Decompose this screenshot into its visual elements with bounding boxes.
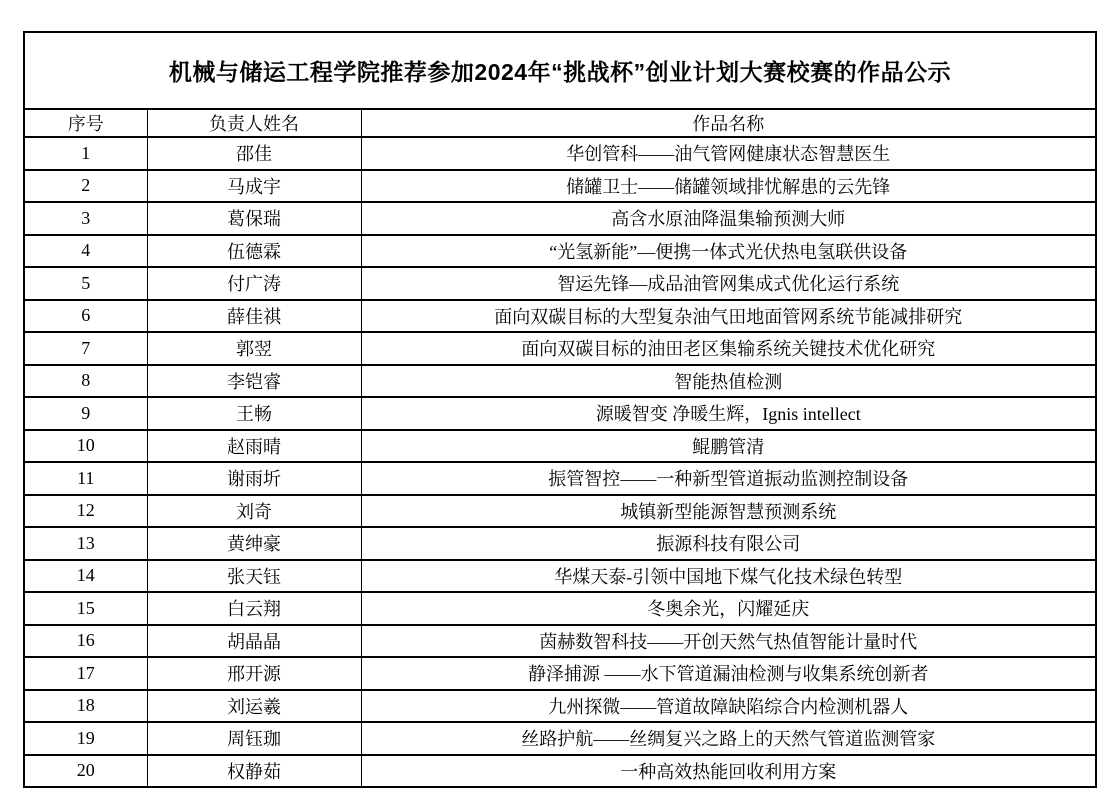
cell-work-title: 振管智控——一种新型管道振动监测控制设备: [361, 462, 1095, 495]
document-title: 机械与储运工程学院推荐参加2024年“挑战杯”创业计划大赛校赛的作品公示: [169, 54, 951, 87]
cell-leader-name: 付广涛: [147, 267, 361, 300]
cell-leader-name: 张天钰: [147, 560, 361, 593]
table-row: 12刘奇城镇新型能源智慧预测系统: [25, 495, 1095, 528]
cell-index: 15: [25, 592, 147, 625]
cell-work-title: 一种高效热能回收利用方案: [361, 755, 1095, 787]
cell-index: 16: [25, 625, 147, 658]
cell-work-title: 茵赫数智科技——开创天然气热值智能计量时代: [361, 625, 1095, 658]
cell-index: 20: [25, 755, 147, 787]
cell-work-title: 丝路护航——丝绸复兴之路上的天然气管道监测管家: [361, 722, 1095, 755]
cell-work-title: 储罐卫士——储罐领域排忧解患的云先锋: [361, 170, 1095, 203]
table-row: 7郭翌面向双碳目标的油田老区集输系统关键技术优化研究: [25, 332, 1095, 365]
cell-leader-name: 薛佳祺: [147, 300, 361, 333]
cell-index: 3: [25, 202, 147, 235]
cell-leader-name: 周钰珈: [147, 722, 361, 755]
cell-index: 5: [25, 267, 147, 300]
table-row: 16胡晶晶茵赫数智科技——开创天然气热值智能计量时代: [25, 625, 1095, 658]
table-row: 17邢开源静泽捕源 ——水下管道漏油检测与收集系统创新者: [25, 657, 1095, 690]
cell-work-title: 冬奥余光，闪耀延庆: [361, 592, 1095, 625]
cell-leader-name: 葛保瑞: [147, 202, 361, 235]
cell-leader-name: 刘奇: [147, 495, 361, 528]
table-row: 2马成宇储罐卫士——储罐领域排忧解患的云先锋: [25, 170, 1095, 203]
cell-work-title: 鲲鹏管清: [361, 430, 1095, 463]
cell-index: 11: [25, 462, 147, 495]
cell-index: 14: [25, 560, 147, 593]
table-row: 19周钰珈丝路护航——丝绸复兴之路上的天然气管道监测管家: [25, 722, 1095, 755]
cell-work-title: 智运先锋—成品油管网集成式优化运行系统: [361, 267, 1095, 300]
header-row: 序号 负责人姓名 作品名称: [25, 109, 1095, 137]
cell-leader-name: 刘运羲: [147, 690, 361, 723]
cell-work-title: 面向双碳目标的大型复杂油气田地面管网系统节能减排研究: [361, 300, 1095, 333]
cell-leader-name: 谢雨圻: [147, 462, 361, 495]
table-row: 14张天钰华煤天泰-引领中国地下煤气化技术绿色转型: [25, 560, 1095, 593]
cell-index: 10: [25, 430, 147, 463]
cell-leader-name: 邢开源: [147, 657, 361, 690]
cell-leader-name: 王畅: [147, 397, 361, 430]
cell-index: 1: [25, 137, 147, 170]
cell-index: 19: [25, 722, 147, 755]
table-row: 8李铠睿智能热值检测: [25, 365, 1095, 398]
works-table-body: 1邵佳华创管科——油气管网健康状态智慧医生2马成宇储罐卫士——储罐领域排忧解患的…: [25, 137, 1095, 786]
cell-work-title: “光氢新能”—便携一体式光伏热电氢联供设备: [361, 235, 1095, 268]
table-row: 15白云翔冬奥余光，闪耀延庆: [25, 592, 1095, 625]
cell-work-title: 华创管科——油气管网健康状态智慧医生: [361, 137, 1095, 170]
cell-work-title: 智能热值检测: [361, 365, 1095, 398]
table-row: 5付广涛智运先锋—成品油管网集成式优化运行系统: [25, 267, 1095, 300]
cell-index: 18: [25, 690, 147, 723]
col-header-leader-name: 负责人姓名: [147, 109, 361, 137]
cell-leader-name: 胡晶晶: [147, 625, 361, 658]
cell-index: 17: [25, 657, 147, 690]
cell-index: 8: [25, 365, 147, 398]
cell-work-title: 振源科技有限公司: [361, 527, 1095, 560]
table-row: 20权静茹一种高效热能回收利用方案: [25, 755, 1095, 787]
cell-leader-name: 赵雨晴: [147, 430, 361, 463]
cell-index: 9: [25, 397, 147, 430]
document-page: 机械与储运工程学院推荐参加2024年“挑战杯”创业计划大赛校赛的作品公示 序号 …: [23, 31, 1097, 788]
cell-work-title: 静泽捕源 ——水下管道漏油检测与收集系统创新者: [361, 657, 1095, 690]
cell-work-title: 九州探微——管道故障缺陷综合内检测机器人: [361, 690, 1095, 723]
table-row: 10赵雨晴鲲鹏管清: [25, 430, 1095, 463]
cell-index: 13: [25, 527, 147, 560]
cell-leader-name: 郭翌: [147, 332, 361, 365]
table-row: 4伍德霖“光氢新能”—便携一体式光伏热电氢联供设备: [25, 235, 1095, 268]
cell-index: 4: [25, 235, 147, 268]
table-row: 3葛保瑞高含水原油降温集输预测大师: [25, 202, 1095, 235]
cell-index: 6: [25, 300, 147, 333]
cell-index: 2: [25, 170, 147, 203]
cell-work-title: 高含水原油降温集输预测大师: [361, 202, 1095, 235]
cell-work-title: 华煤天泰-引领中国地下煤气化技术绿色转型: [361, 560, 1095, 593]
cell-leader-name: 白云翔: [147, 592, 361, 625]
cell-leader-name: 黄绅豪: [147, 527, 361, 560]
cell-work-title: 面向双碳目标的油田老区集输系统关键技术优化研究: [361, 332, 1095, 365]
table-row: 6薛佳祺面向双碳目标的大型复杂油气田地面管网系统节能减排研究: [25, 300, 1095, 333]
cell-index: 7: [25, 332, 147, 365]
cell-leader-name: 伍德霖: [147, 235, 361, 268]
cell-leader-name: 马成宇: [147, 170, 361, 203]
cell-leader-name: 邵佳: [147, 137, 361, 170]
table-row: 18刘运羲九州探微——管道故障缺陷综合内检测机器人: [25, 690, 1095, 723]
table-row: 13黄绅豪振源科技有限公司: [25, 527, 1095, 560]
col-header-work-title: 作品名称: [361, 109, 1095, 137]
table-row: 9王畅源暖智变 净暖生辉，Ignis intellect: [25, 397, 1095, 430]
cell-work-title: 源暖智变 净暖生辉，Ignis intellect: [361, 397, 1095, 430]
works-table: 序号 负责人姓名 作品名称 1邵佳华创管科——油气管网健康状态智慧医生2马成宇储…: [25, 108, 1095, 786]
title-band: 机械与储运工程学院推荐参加2024年“挑战杯”创业计划大赛校赛的作品公示: [25, 33, 1095, 108]
cell-index: 12: [25, 495, 147, 528]
cell-leader-name: 李铠睿: [147, 365, 361, 398]
cell-leader-name: 权静茹: [147, 755, 361, 787]
cell-work-title: 城镇新型能源智慧预测系统: [361, 495, 1095, 528]
table-row: 11谢雨圻振管智控——一种新型管道振动监测控制设备: [25, 462, 1095, 495]
table-row: 1邵佳华创管科——油气管网健康状态智慧医生: [25, 137, 1095, 170]
col-header-index: 序号: [25, 109, 147, 137]
